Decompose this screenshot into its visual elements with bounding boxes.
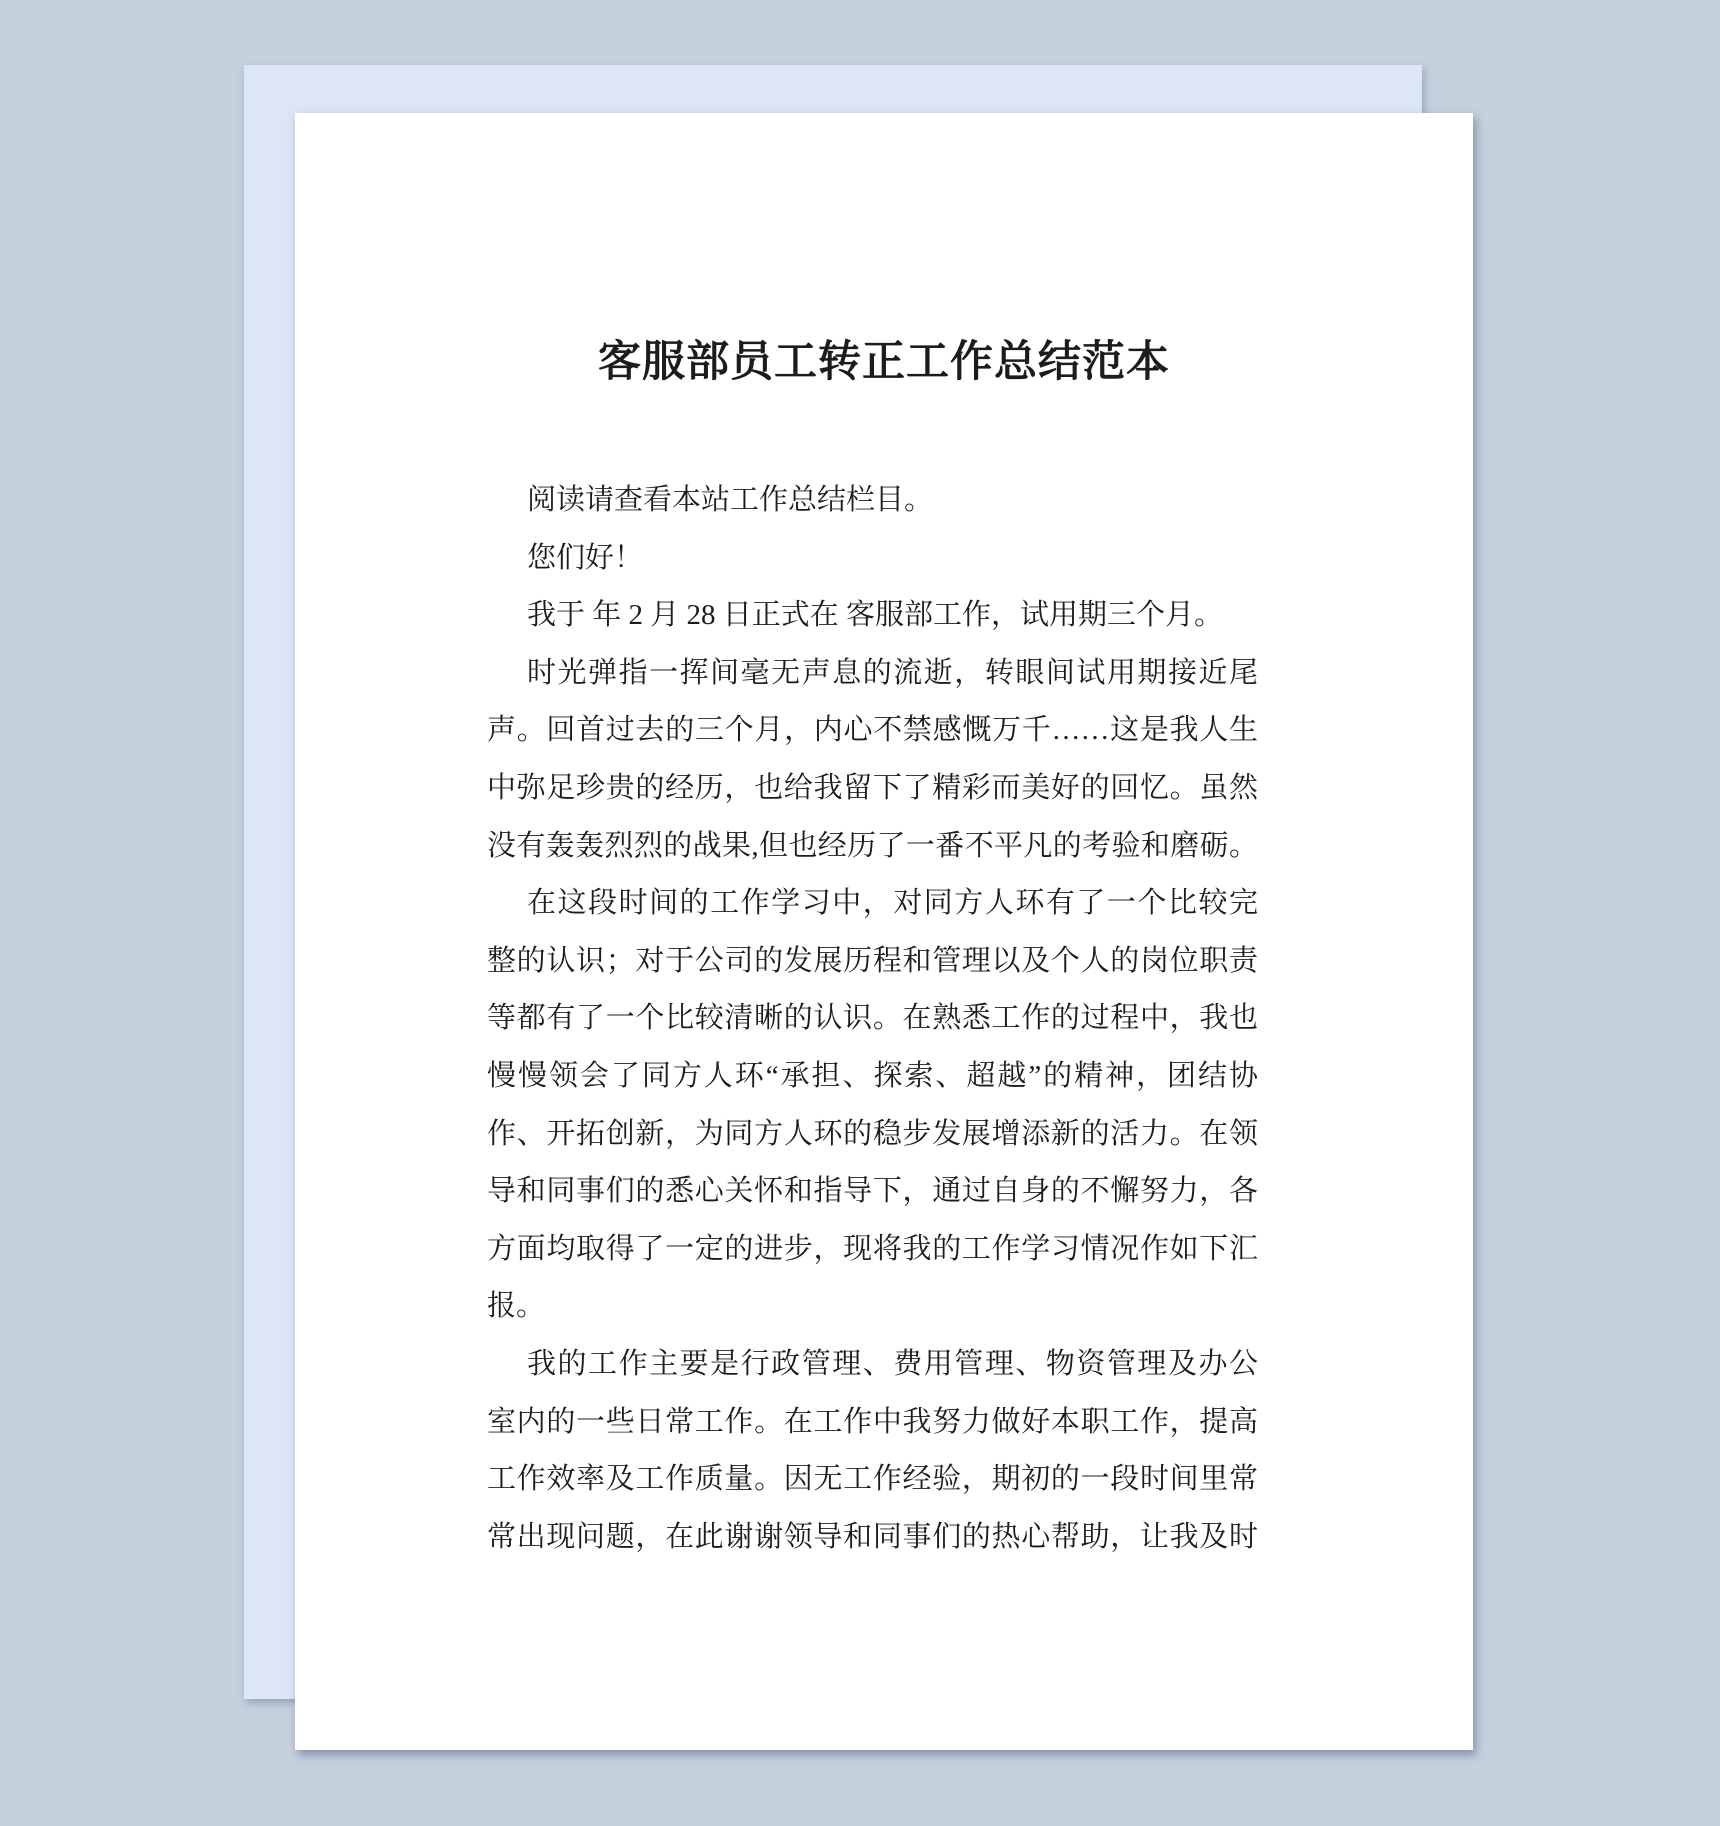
text-line: 作、开拓创新，为同方人环的稳步发展增添新的活力。在领 xyxy=(487,1106,1258,1164)
document-body: 阅读请查看本站工作总结栏目。您们好！我于 年 2 月 28 日正式在 客服部工作… xyxy=(487,472,1258,1566)
text-line: 常出现问题，在此谢谢领导和同事们的热心帮助，让我及时 xyxy=(487,1509,1258,1567)
text-line: 工作效率及工作质量。因无工作经验，期初的一段时间里常 xyxy=(487,1451,1258,1509)
text-line: 您们好！ xyxy=(487,530,1258,588)
text-line: 室内的一些日常工作。在工作中我努力做好本职工作，提高 xyxy=(487,1394,1258,1452)
document-page: 客服部员工转正工作总结范本 阅读请查看本站工作总结栏目。您们好！我于 年 2 月… xyxy=(295,113,1473,1750)
text-line: 慢慢领会了同方人环“承担、探索、超越”的精神，团结协 xyxy=(487,1048,1258,1106)
text-line: 我的工作主要是行政管理、费用管理、物资管理及办公 xyxy=(487,1336,1258,1394)
text-line: 报。 xyxy=(487,1278,1258,1336)
text-line: 方面均取得了一定的进步，现将我的工作学习情况作如下汇 xyxy=(487,1221,1258,1279)
text-line: 声。回首过去的三个月，内心不禁感慨万千……这是我人生 xyxy=(487,702,1258,760)
text-line: 整的认识；对于公司的发展历程和管理以及个人的岗位职责 xyxy=(487,933,1258,991)
text-line: 中弥足珍贵的经历，也给我留下了精彩而美好的回忆。虽然 xyxy=(487,760,1258,818)
text-line: 导和同事们的悉心关怀和指导下，通过自身的不懈努力，各 xyxy=(487,1163,1258,1221)
text-line: 在这段时间的工作学习中，对同方人环有了一个比较完 xyxy=(487,875,1258,933)
text-line: 阅读请查看本站工作总结栏目。 xyxy=(487,472,1258,530)
document-title: 客服部员工转正工作总结范本 xyxy=(295,335,1473,389)
text-line: 时光弹指一挥间毫无声息的流逝，转眼间试用期接近尾 xyxy=(487,645,1258,703)
desktop-background: 客服部员工转正工作总结范本 阅读请查看本站工作总结栏目。您们好！我于 年 2 月… xyxy=(0,0,1720,1826)
text-line: 等都有了一个比较清晰的认识。在熟悉工作的过程中，我也 xyxy=(487,990,1258,1048)
text-line: 我于 年 2 月 28 日正式在 客服部工作，试用期三个月。 xyxy=(487,587,1258,645)
text-line: 没有轰轰烈烈的战果,但也经历了一番不平凡的考验和磨砺。 xyxy=(487,818,1258,876)
